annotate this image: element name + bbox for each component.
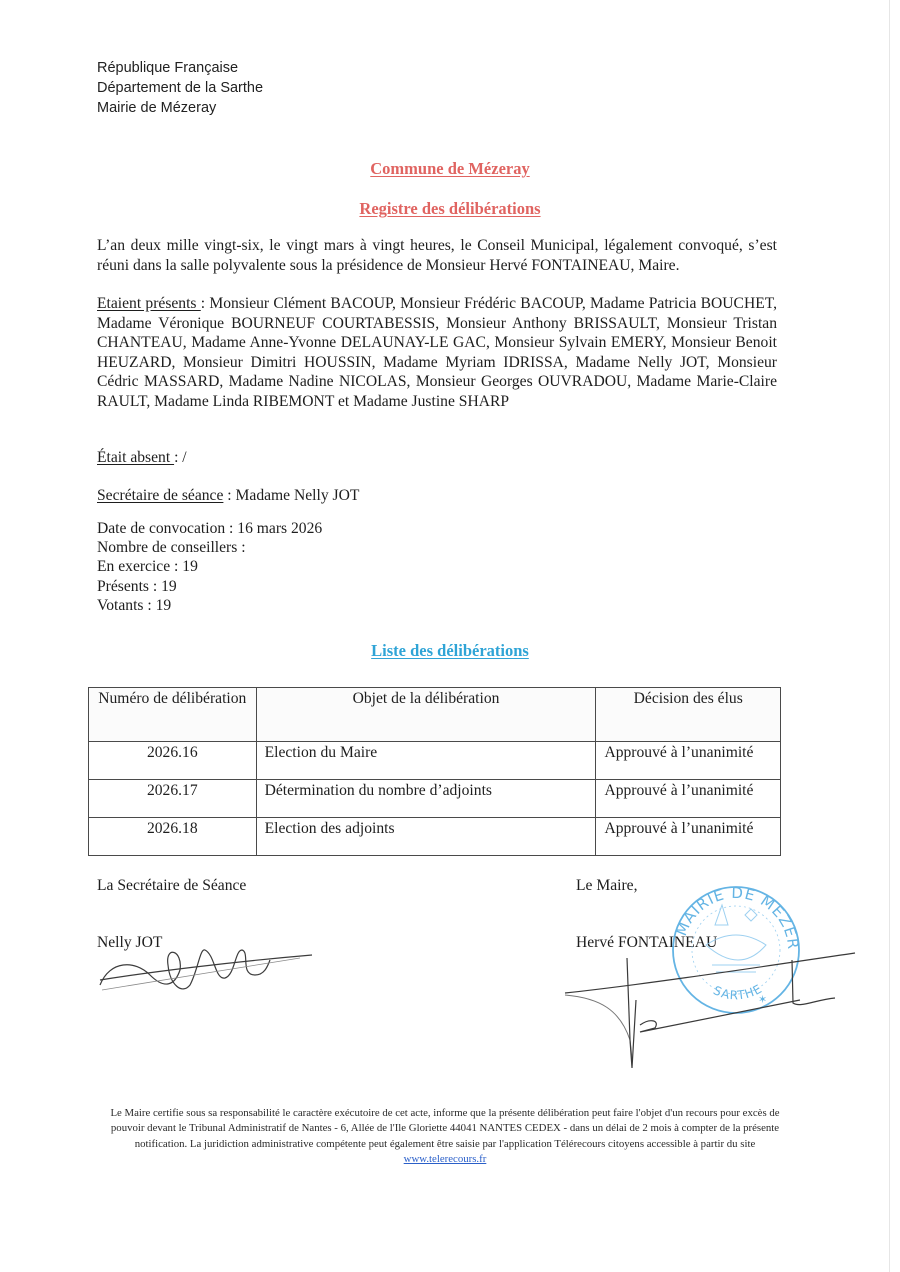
secretaire-label: Secrétaire de séance [97, 487, 223, 504]
absent-label: Était absent [97, 449, 174, 466]
presents-label: Etaient présents [97, 295, 201, 312]
svg-text:SARTHE: SARTHE [711, 981, 765, 1002]
convocation-date: Date de convocation : 16 mars 2026 [97, 519, 322, 538]
cell-numero: 2026.16 [89, 742, 257, 780]
title-registre: Registre des délibérations [0, 199, 900, 219]
header-objet: Objet de la délibération [256, 688, 596, 742]
conseillers-label: Nombre de conseillers : [97, 538, 322, 557]
signatures-overlay: MAIRIE DE MEZERAY SARTHE ✶ [0, 0, 900, 1272]
table-header-row: Numéro de délibération Objet de la délib… [89, 688, 781, 742]
cell-decision: Approuvé à l’unanimité [596, 818, 781, 856]
page-edge-line [889, 0, 890, 1272]
secretaire-signature-icon [100, 950, 312, 990]
telerecours-link[interactable]: www.telerecours.fr [404, 1153, 487, 1165]
title-commune: Commune de Mézeray [0, 159, 900, 179]
cell-decision: Approuvé à l’unanimité [596, 780, 781, 818]
cell-numero: 2026.18 [89, 818, 257, 856]
presents-count: Présents : 19 [97, 577, 322, 596]
presents-list: Monsieur Clément BACOUP, Monsieur Frédér… [97, 295, 777, 410]
letterhead-republic: République Française [97, 58, 263, 78]
table-row: 2026.16 Election du Maire Approuvé à l’u… [89, 742, 781, 780]
cell-numero: 2026.17 [89, 780, 257, 818]
secretaire-line: Secrétaire de séance : Madame Nelly JOT [97, 486, 777, 506]
header-decision: Décision des élus [596, 688, 781, 742]
maire-signature-name: Hervé FONTAINEAU [576, 934, 717, 952]
secretaire-signature-name: Nelly JOT [97, 934, 162, 952]
table-row: 2026.18 Election des adjoints Approuvé à… [89, 818, 781, 856]
secretaire-value: : Madame Nelly JOT [223, 487, 359, 504]
maire-signature-icon [565, 953, 855, 1068]
legal-notice-text: Le Maire certifie sous sa responsabilité… [110, 1107, 779, 1150]
mairie-stamp-icon: MAIRIE DE MEZERAY SARTHE ✶ [0, 0, 802, 1013]
letterhead: République Française Département de la S… [97, 58, 263, 118]
absent-line: Était absent : / [97, 448, 777, 468]
cell-decision: Approuvé à l’unanimité [596, 742, 781, 780]
intro-paragraph: L’an deux mille vingt-six, le vingt mars… [97, 236, 777, 275]
deliberations-table: Numéro de délibération Objet de la délib… [88, 687, 781, 856]
presents-paragraph: Etaient présents : Monsieur Clément BACO… [97, 294, 777, 411]
table-row: 2026.17 Détermination du nombre d’adjoin… [89, 780, 781, 818]
svg-text:✶: ✶ [758, 994, 767, 1006]
council-stats: Date de convocation : 16 mars 2026 Nombr… [97, 519, 322, 615]
votants-count: Votants : 19 [97, 596, 322, 615]
title-liste: Liste des délibérations [0, 641, 900, 661]
letterhead-mairie: Mairie de Mézeray [97, 98, 263, 118]
cell-objet: Election des adjoints [256, 818, 596, 856]
cell-objet: Election du Maire [256, 742, 596, 780]
secretaire-signature-title: La Secrétaire de Séance [97, 877, 246, 895]
letterhead-department: Département de la Sarthe [97, 78, 263, 98]
maire-signature-title: Le Maire, [576, 877, 637, 895]
cell-objet: Détermination du nombre d’adjoints [256, 780, 596, 818]
legal-notice: Le Maire certifie sous sa responsabilité… [95, 1106, 795, 1168]
absent-value: : / [174, 449, 187, 466]
header-numero: Numéro de délibération [89, 688, 257, 742]
en-exercice: En exercice : 19 [97, 557, 322, 576]
